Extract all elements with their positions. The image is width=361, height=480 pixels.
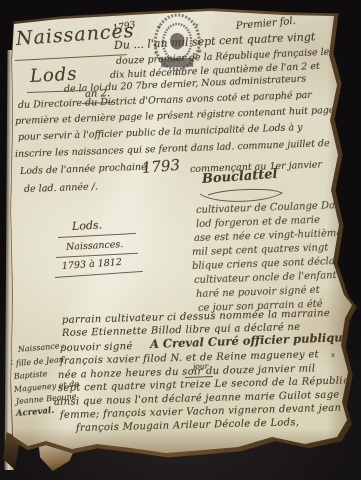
manuscript-paper: Naissances 1793 Lods an 2. Premier fol. … <box>0 0 361 480</box>
label-range: 1793 à 1812 <box>62 258 123 272</box>
act-line: lod forgeron et de marie <box>196 216 320 230</box>
act-line: cultivateur oncle de l'enfant <box>194 271 337 286</box>
margin-note-line: Naissance : <box>18 342 65 354</box>
margin-note-line: Acreval. <box>16 407 55 419</box>
closing-line: de lad. année /. <box>24 182 98 194</box>
label-series: Naissances. <box>66 240 124 252</box>
act-line: mil sept cent quatres vingt <box>192 243 329 258</box>
folio-note: Premier fol. <box>236 17 297 32</box>
act-line: pouvoir signé <box>60 342 133 354</box>
administrator-signature: Bouclattel <box>202 168 278 186</box>
strikethrough-mark <box>185 376 213 378</box>
year-large: 1793 <box>141 158 180 176</box>
insert-mark: x <box>331 352 335 359</box>
margin-note-line: Baptiste <box>14 370 48 381</box>
label-range-underline <box>55 271 143 278</box>
correction-overlay: jour <box>193 362 209 370</box>
label-place: Lods. <box>72 219 103 232</box>
archival-scan: Naissances 1793 Lods an 2. Premier fol. … <box>0 0 361 480</box>
opening-line: Lods de l'année prochaine <box>20 163 147 177</box>
title-underline-swash <box>15 54 127 61</box>
label-place-underline <box>58 233 136 238</box>
label-series-underline <box>56 253 138 258</box>
margin-note-line: fille de Jean <box>16 356 65 368</box>
act-line: haré ne pouvoir signé et <box>196 286 320 300</box>
